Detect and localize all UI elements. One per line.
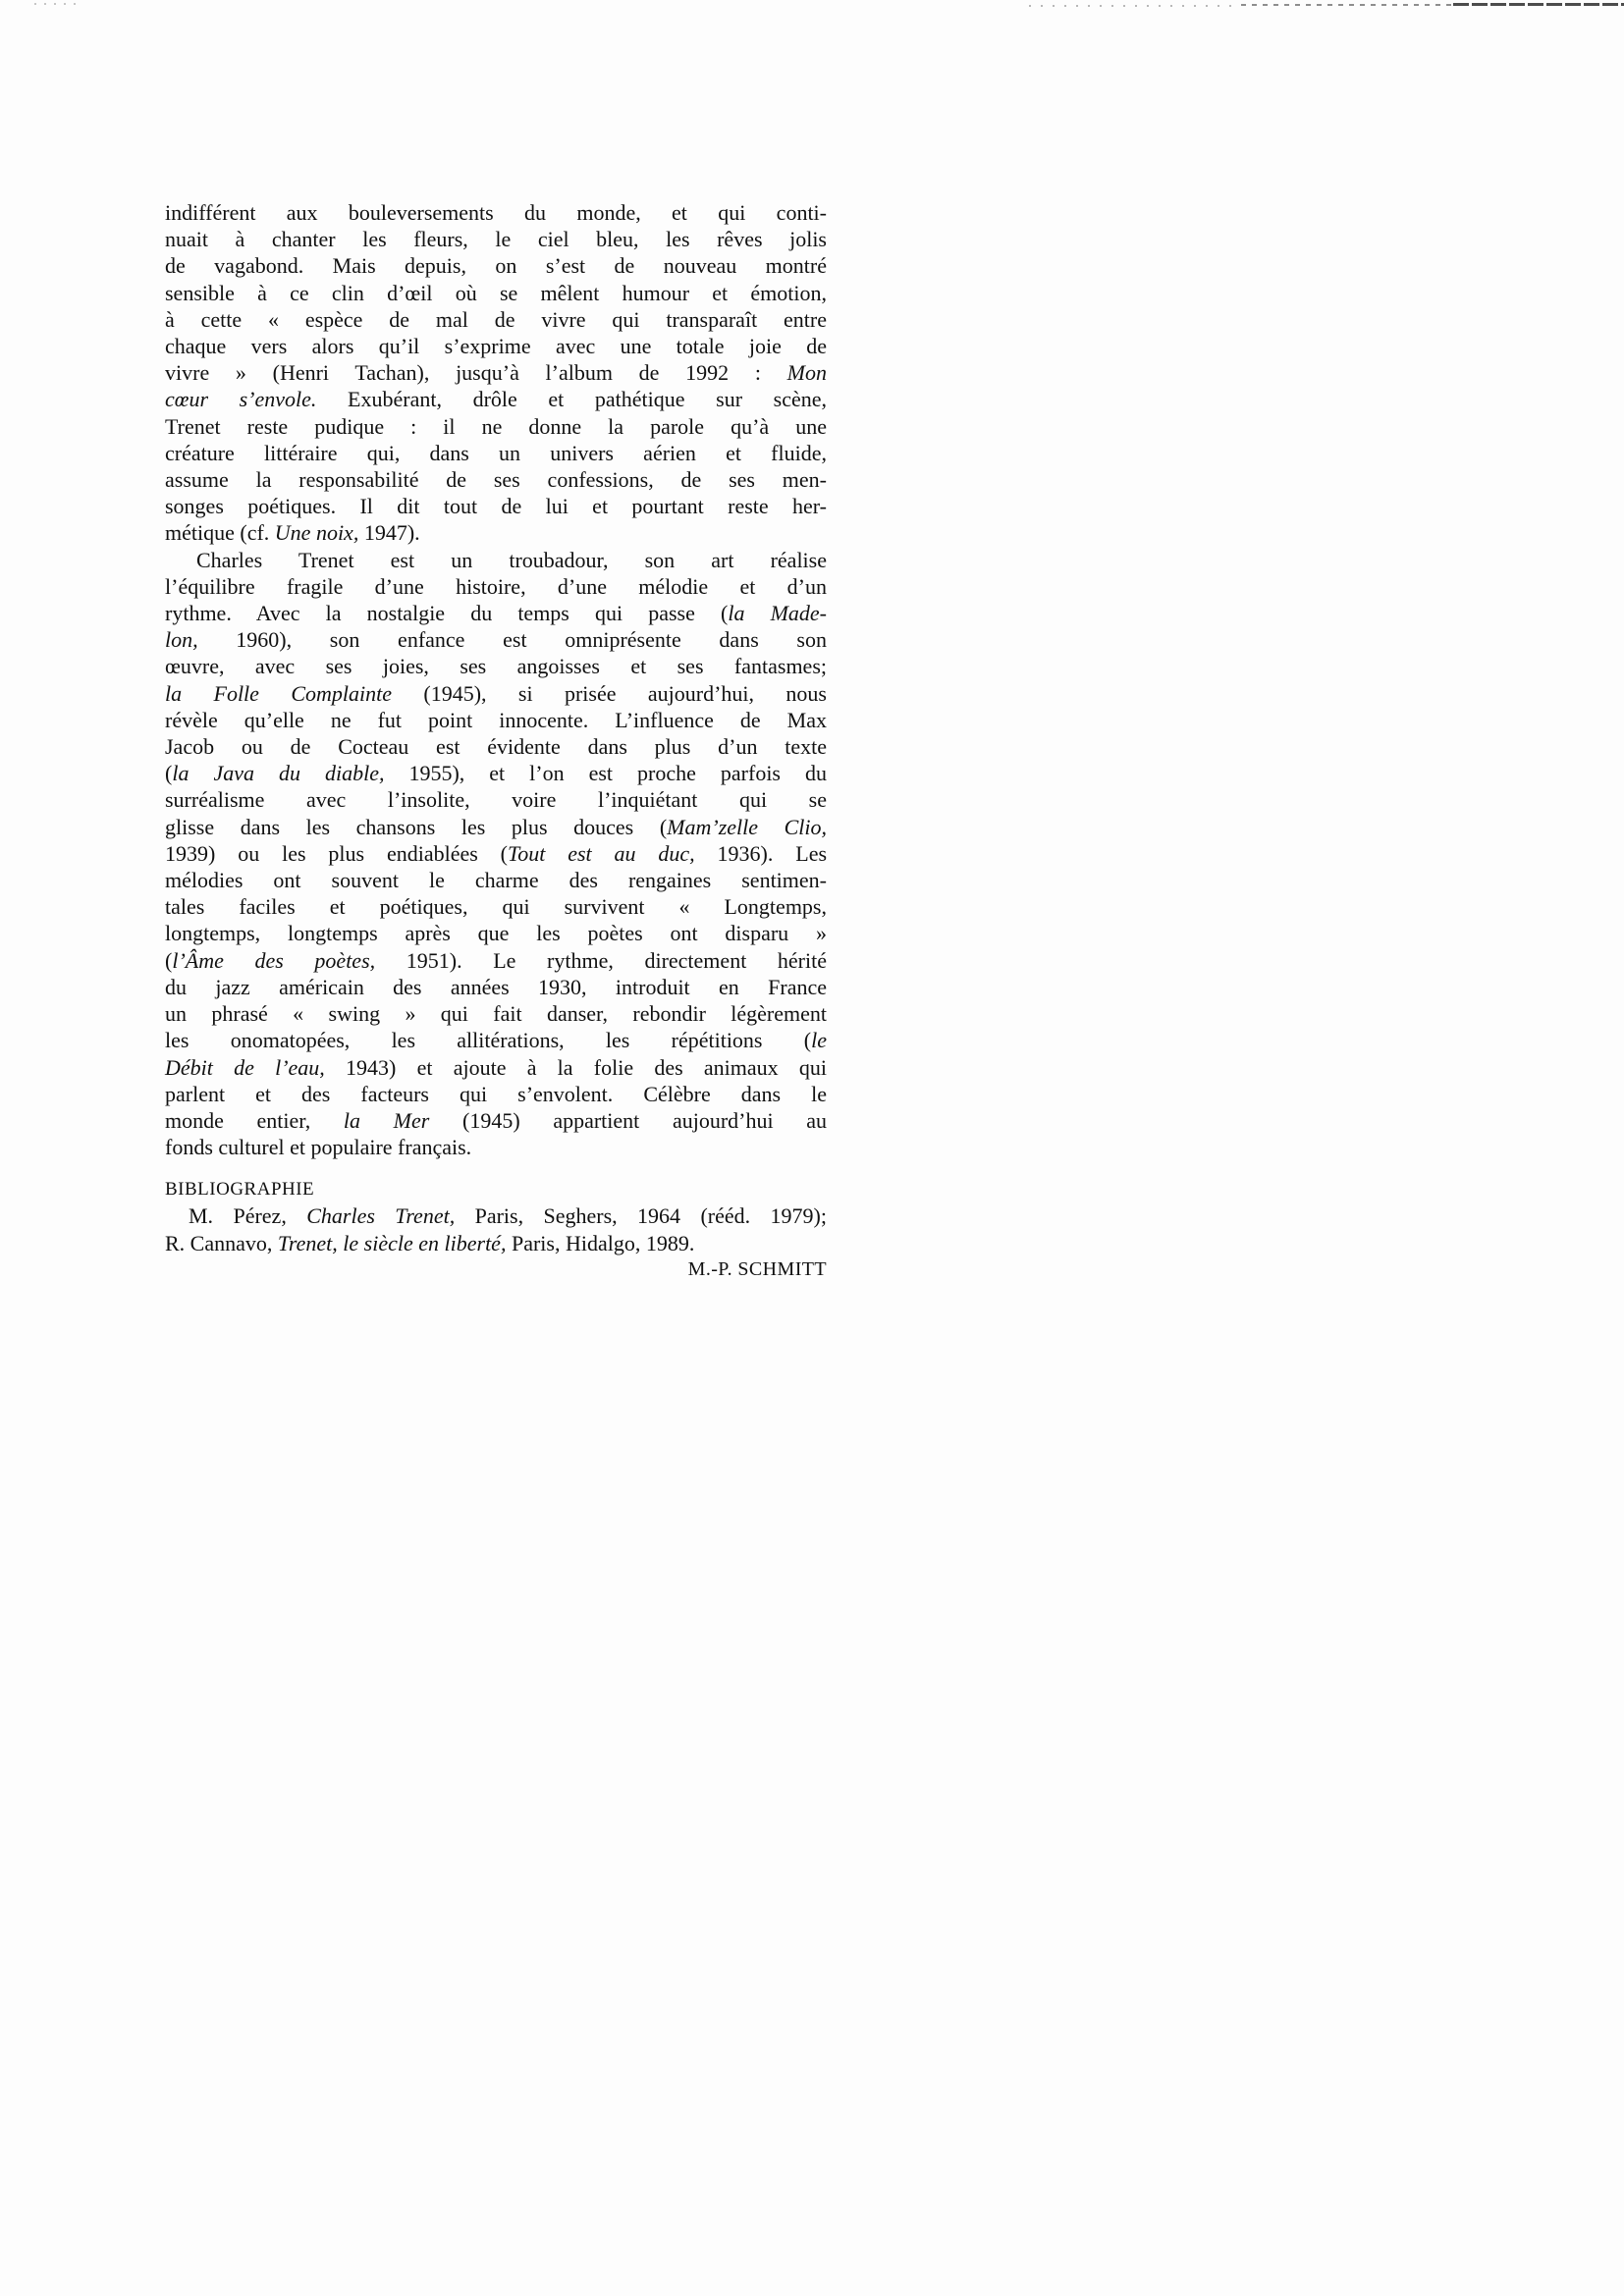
text-line: l’équilibre fragile d’une histoire, d’un… [165,573,827,600]
text-line: œuvre, avec ses joies, ses angoisses et … [165,653,827,679]
text-line: Débit de l’eau, 1943) et ajoute à la fol… [165,1054,827,1081]
text-line: rythme. Avec la nostalgie du temps qui p… [165,600,827,626]
text-line: parlent et des facteurs qui s’envolent. … [165,1081,827,1107]
text-column: indifférent aux bouleversements du monde… [165,199,827,1283]
text-line: longtemps, longtemps après que les poète… [165,920,827,946]
text-line: fonds culturel et populaire français. [165,1134,827,1160]
text-line: Charles Trenet est un troubadour, son ar… [165,547,827,573]
text-line: (la Java du diable, 1955), et l’on est p… [165,760,827,786]
scan-edge-artifact-dark [1453,3,1624,6]
text-line: nuait à chanter les fleurs, le ciel bleu… [165,226,827,252]
text-line: la Folle Complainte (1945), si prisée au… [165,680,827,707]
text-line: glisse dans les chansons les plus douces… [165,814,827,840]
text-line: les onomatopées, les allitérations, les … [165,1027,827,1053]
text-line: révèle qu’elle ne fut point innocente. L… [165,707,827,733]
text-line: créature littéraire qui, dans un univers… [165,440,827,466]
text-line: chaque vers alors qu’il s’exprime avec u… [165,333,827,359]
bibliography-entry-line: M. Pérez, Charles Trenet, Paris, Seghers… [165,1202,827,1229]
text-line: monde entier, la Mer (1945) appartient a… [165,1107,827,1134]
bibliography-heading: BIBLIOGRAPHIE [165,1176,827,1202]
bibliography-section: BIBLIOGRAPHIE M. Pérez, Charles Trenet, … [165,1176,827,1283]
text-line: lon, 1960), son enfance est omniprésente… [165,626,827,653]
text-line: un phrasé « swing » qui fait danser, reb… [165,1000,827,1027]
bibliography-entries: M. Pérez, Charles Trenet, Paris, Seghers… [165,1202,827,1255]
text-line: (l’Âme des poètes, 1951). Le rythme, dir… [165,947,827,974]
text-line: Trenet reste pudique : il ne donne la pa… [165,413,827,440]
text-line: du jazz américain des années 1930, intro… [165,974,827,1000]
text-line: à cette « espèce de mal de vivre qui tra… [165,306,827,333]
scan-speck-artifact [34,3,80,5]
text-line: surréalisme avec l’insolite, voire l’inq… [165,786,827,813]
text-line: cœur s’envole. Exubérant, drôle et pathé… [165,386,827,412]
text-line: métique (cf. Une noix, 1947). [165,519,827,546]
text-line: mélodies ont souvent le charme des renga… [165,867,827,893]
bibliography-entry-line: R. Cannavo, Trenet, le siècle en liberté… [165,1230,827,1256]
scan-edge-artifact-light [1029,5,1241,7]
text-line: de vagabond. Mais depuis, on s’est de no… [165,252,827,279]
text-line: sensible à ce clin d’œil où se mêlent hu… [165,280,827,306]
text-line: tales faciles et poétiques, qui surviven… [165,893,827,920]
article-body: indifférent aux bouleversements du monde… [165,199,827,1160]
author-signature: M.-P. SCHMITT [165,1256,827,1283]
text-line: 1939) ou les plus endiablées (Tout est a… [165,840,827,867]
scanned-page: indifférent aux bouleversements du monde… [0,0,1624,2296]
text-line: vivre » (Henri Tachan), jusqu’à l’album … [165,359,827,386]
text-line: Jacob ou de Cocteau est évidente dans pl… [165,733,827,760]
scan-edge-artifact-mid [1241,4,1453,6]
text-line: assume la responsabilité de ses confessi… [165,466,827,493]
text-line: indifférent aux bouleversements du monde… [165,199,827,226]
text-line: songes poétiques. Il dit tout de lui et … [165,493,827,519]
